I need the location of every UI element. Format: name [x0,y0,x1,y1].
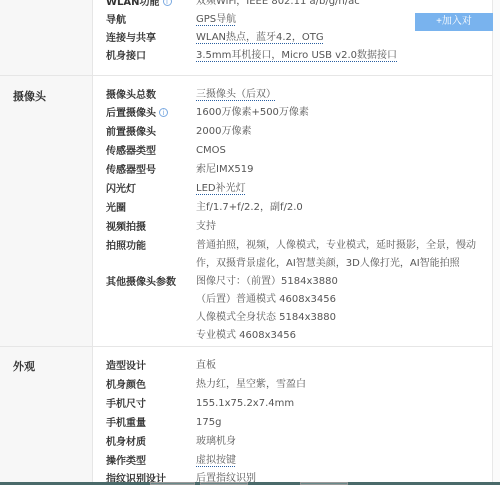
spec-value: 热力红，星空紫，雪盈白 [196,376,491,394]
spec-label: 手机重量 [106,414,196,429]
spec-value: 155.1x75.2x7.4mm [196,395,491,413]
spec-label: 造型设计 [106,357,196,372]
spec-value-link[interactable]: WLAN热点，蓝牙4.2，OTG [196,29,491,47]
spec-row-photo-features: 拍照功能 普通拍照，视频，人像模式，专业模式，延时摄影，全景，慢动 作，双摄背景… [106,237,486,273]
spec-label: 导航 [106,11,196,26]
spec-label: 机身接口 [106,47,196,62]
spec-value: 主f/1.7+f/2.2，副f/2.0 [196,199,491,217]
spec-row-operation-type: 操作类型 虚拟按键 [106,452,486,470]
spec-value-line: 普通拍照，视频，人像模式，专业模式，延时摄影，全景，慢动 [196,237,491,255]
spec-value: 支持 [196,218,491,236]
spec-label: 前置摄像头 [106,123,196,138]
spec-label: 传感器类型 [106,142,196,157]
spec-value-link[interactable]: 虚拟按键 [196,452,491,470]
section-title-appearance: 外观 [13,358,35,374]
spec-value: 2000万像素 [196,123,491,141]
spec-label: 摄像头总数 [106,86,196,101]
spec-row-connectivity: 连接与共享 WLAN热点，蓝牙4.2，OTG [106,29,486,47]
spec-value-line: 作，双摄背景虚化，AI智慧美颜，3D人像打光，AI智能拍照 [196,255,491,273]
spec-label: 视频拍摄 [106,218,196,233]
spec-row-camera-count: 摄像头总数 三摄像头（后双） [106,86,486,104]
spec-value: CMOS [196,142,491,160]
spec-label: 闪光灯 [106,180,196,195]
spec-value-line: （后置）普通模式 4608x3456 [196,291,491,309]
spec-row-dimensions: 手机尺寸 155.1x75.2x7.4mm [106,395,486,413]
spec-value-line: 专业模式 4608x3456 [196,327,491,345]
spec-row-weight: 手机重量 175g [106,414,486,432]
section-divider [0,346,492,347]
spec-value: 索尼IMX519 [196,161,491,179]
section-title-camera: 摄像头 [13,88,46,104]
spec-value-line: 人像模式全身状态 5184x3880 [196,309,491,327]
spec-row-rear-camera: 后置摄像头i 1600万像素+500万像素 [106,104,486,122]
spec-row-material: 机身材质 玻璃机身 [106,433,486,451]
spec-value: 玻璃机身 [196,433,491,451]
spec-row-navigation: 导航 GPS导航 [106,11,486,29]
info-icon[interactable]: i [163,0,172,6]
spec-value-link[interactable]: LED补光灯 [196,180,491,198]
spec-row-form-factor: 造型设计 直板 [106,357,486,375]
spec-label: 连接与共享 [106,29,196,44]
spec-label: 操作类型 [106,452,196,467]
spec-label: 传感器型号 [106,161,196,176]
spec-value-link[interactable]: GPS导航 [196,11,491,29]
section-title-column [0,0,93,482]
spec-label: WLAN功能 [106,0,160,8]
spec-value: 双频WiFi，IEEE 802.11 a/b/g/n/ac [196,0,491,11]
info-icon[interactable]: i [159,108,168,117]
spec-row-wlan: WLAN功能i 双频WiFi，IEEE 802.11 a/b/g/n/ac [106,0,486,11]
spec-row-ports: 机身接口 3.5mm耳机接口，Micro USB v2.0数据接口 [106,47,486,65]
spec-row-video: 视频拍摄 支持 [106,218,486,236]
spec-label: 后置摄像头 [106,108,156,119]
spec-label: 手机尺寸 [106,395,196,410]
spec-row-front-camera: 前置摄像头 2000万像素 [106,123,486,141]
spec-value: 直板 [196,357,491,375]
spec-label: 机身颜色 [106,376,196,391]
page-gutter [493,0,500,482]
spec-value: 175g [196,414,491,432]
spec-page: +加入对 WLAN功能i 双频WiFi，IEEE 802.11 a/b/g/n/… [0,0,500,485]
spec-row-aperture: 光圈 主f/1.7+f/2.2，副f/2.0 [106,199,486,217]
spec-value: 普通拍照，视频，人像模式，专业模式，延时摄影，全景，慢动 作，双摄背景虚化，AI… [196,237,491,273]
spec-row-other-camera-params: 其他摄像头参数 图像尺寸：（前置）5184x3880 （后置）普通模式 4608… [106,273,486,345]
spec-value-link[interactable]: 三摄像头（后双） [196,86,491,104]
spec-row-sensor-model: 传感器型号 索尼IMX519 [106,161,486,179]
spec-label: 机身材质 [106,433,196,448]
spec-label: 光圈 [106,199,196,214]
spec-row-body-color: 机身颜色 热力红，星空紫，雪盈白 [106,376,486,394]
section-divider [0,75,492,76]
spec-value: 1600万像素+500万像素 [196,104,491,122]
spec-label: 拍照功能 [106,237,196,252]
spec-row-flash: 闪光灯 LED补光灯 [106,180,486,198]
spec-value-link[interactable]: 3.5mm耳机接口，Micro USB v2.0数据接口 [196,47,491,65]
spec-value: 图像尺寸：（前置）5184x3880 （后置）普通模式 4608x3456 人像… [196,273,491,345]
spec-row-sensor-type: 传感器类型 CMOS [106,142,486,160]
spec-label: 其他摄像头参数 [106,273,196,288]
spec-value-line: 图像尺寸：（前置）5184x3880 [196,273,491,291]
